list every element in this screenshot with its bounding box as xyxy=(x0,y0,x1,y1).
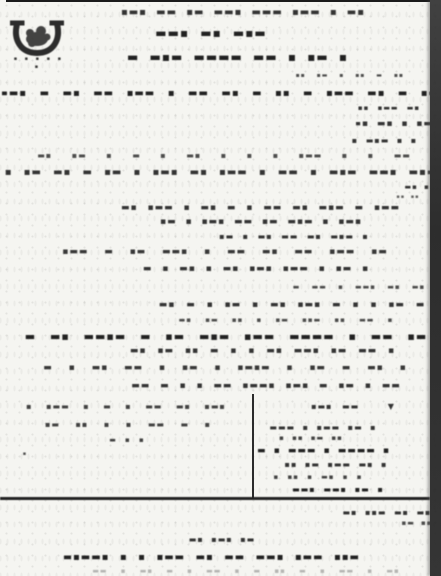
table-bottom-rule xyxy=(0,497,430,500)
body-line-3-mark: ▪▪ ▪▪ xyxy=(392,195,424,200)
footer-center-line-1: ▬▪ ▪▬▪ ▪▬ xyxy=(180,536,264,544)
table-left-row-4: ▪ xyxy=(20,452,30,457)
cropped-bottom-line: ▪▬ ▪ ▬▬ ▪ ▬ ▪▪ ▬ ▪ ▬▬ ▪ ▬ ▪▬ ▪ ▬▬ xyxy=(56,568,436,575)
header-line-1: ▪▬ ▪ ▬▬▪ ▬▬▬ ▪▬▬ ▬▪ ▬▬ ▪▬▪ xyxy=(108,8,378,18)
body-ref-line-1: ▪▬ ▬▬▪ ▪▪ xyxy=(345,105,433,112)
body-line-2: ▬▬ ▪ ▪ ▬▬▪ ▪ ▪ ▪ ▪▬ ▪ ▬ ▪ ▬▪ ▪▬ xyxy=(10,152,438,160)
quote-block-line-6: ▪▬ ▪▬ ▪▬▬ ▪ ▬▬ ▬ xyxy=(278,284,440,291)
body-line-1: ▬▪ ▬ ▪▬ ▬▬▪ ▬ ▪▪ ▬ ▪▬ ▬▬ ▪ ▬▬▪ ▬▬ ▪▬ ▬ ▪… xyxy=(2,89,439,99)
body-line-6-bold: ▬▪ ▬▬ ▪ ▬▬▬▬ ▬▬▪ ▬▪▬ ▬▪ ▬ ▬▪▬▬ ▪▬ ▬ xyxy=(12,331,440,342)
header-line-4: ▪▪ ▬ ▪▪ ▪ ▬▪ ▪▪ ▪ xyxy=(284,73,404,79)
scan-right-edge-shadow xyxy=(430,0,441,576)
scanned-document-page: ▪▬ ▪ ▬▬▪ ▬▬▬ ▪▬▬ ▬▪ ▬▬ ▪▬▪▬▪▬ ▪▬ ▪▬▬▪ ▬▪… xyxy=(0,0,441,576)
quote-block-line-5: ▪ ▬▪ ▪ ▬▬▪ ▪▬▪ ▪▬ ▪ ▪▬ ▪ ▬ xyxy=(96,265,416,274)
quote-block-line-2: ▪▬▪ ▪ ▬▪▬ ▬▪ ▬▬ ▪▬▪ ▪ ▬▪ xyxy=(125,218,397,227)
body-line-5: ▪ ▬▬ ▪▪ ▬▪▪ ▬▪ ▪ ▪▪ ▬▪ ▪▬ xyxy=(150,317,422,324)
table-right-row-5: ▪ ▪▬ ▬▬▪ ▬▪ ▪▪ xyxy=(282,461,390,469)
quote-block-line-3: ▪ ▬▪▬ ▪▬ ▬▬ ▪▬ ▪ ▬▪ xyxy=(185,233,403,241)
state-emblem-svg xyxy=(10,20,64,62)
table-column-divider xyxy=(252,394,254,498)
body-line-9: ▬▬ ▪ ▬▪ ▬ ▪▬▪ ▪▬▬▪ ▬▬ ▪ ▪ ▬ ▬▬ xyxy=(92,382,440,391)
scan-top-edge-line xyxy=(6,0,441,2)
table-right-row-3: ▪▪ ▬▪ ▪▪ ▪ xyxy=(267,435,355,442)
body-ref-line-2: ▪▬▪ ▪ ▪▬ ▪▬ xyxy=(356,120,440,129)
quote-block-line-1: ▬▬▪ ▬ ▬▪▬ ▪▬ ▬▬ ▪ ▬ ▪▬ ▪ ▬▬▪ ▪▬ xyxy=(94,204,427,213)
body-line-4: ▬ ▬▪ ▪ ▪ ▬ ▪▬▪ ▪▬ ▪ ▬▪ ▪ ▬ ▪▬ xyxy=(145,301,439,310)
table-left-row-2: ▪ ▬ ▬▬ ▪ ▪ ▪▪ ▬▪ xyxy=(18,421,238,429)
body-ref-line-3: ▪ ▪ ▬▪▬ ▪ xyxy=(347,137,422,145)
state-emblem-icon xyxy=(10,20,64,62)
body-line-8: ▪ ▪▬ ▬ ▬▪ ▪ ▬▪▬▪ ▪ ▬▪ ▪ ▬▬ ▪▬ ▪ ▬ xyxy=(10,364,440,373)
table-left-row-3: ▪ ▪ ▬ xyxy=(100,437,154,444)
table-right-row-1: ▼ ▬▬ ▪▬▪ xyxy=(286,403,420,411)
quote-block-line-4: ▬▪ ▬▬▪ ▬▬ ▪▬ ▬▬ ▪ ▪▬▬ ▬▪ ▬ ▬▬▪ xyxy=(10,248,440,257)
table-right-row-4: ▪ ▬▬▬▬ ▪ ▬▬▬ ▪ ▬▬▬▬ xyxy=(258,447,390,456)
table-left-row-1: ▪▬▪ ▪▬ ▬▬ ▪ ▬ ▪ ▬▬▪ ▪ xyxy=(10,403,242,411)
table-right-row-7: ▪ ▬▪ ▪▬▬ ▪▬▬ xyxy=(286,486,390,494)
footer-center-line-2: ▬▪▪ ▬▬▪ ▪▬▬ ▬▬ ▪▬ ▬▬▪ ▪ ▪ ▪▬▬▪▬ xyxy=(64,553,360,563)
emblem-caption-dots: ▪ ▪ ▪ ▪ ▪ ▪ xyxy=(14,57,62,62)
table-right-row-2: ▪ ▬▪ ▬▬▪ ▪ ▬▬▬ xyxy=(257,424,389,432)
table-right-row-6: ▪ ▪ ▪▬ ▪ ▪▪ ▪ xyxy=(266,474,370,481)
emblem-caption-dot: ▪ xyxy=(32,65,42,70)
body-line-3: ▬▪▬ ▪▬▬ ▬▪▬ ▪ ▬▬ ▪ ▬▬▪ ▪▬ ▪▬▪ ▪ ▬▪ ▬ ▪▬ … xyxy=(2,168,440,178)
header-line-2: ▬▪▬ ▪▬ ▪▬▬ xyxy=(150,27,272,39)
header-line-3-decree: ▪ ▬▪ ▪ ▬▬ ▬▬▬▬ ▬▪▬ ▬ ▬▪▬▪ xyxy=(120,51,348,63)
signature-line-1: ▪▬ ▪▬ ▬▪▪ ▪▬ xyxy=(336,509,438,517)
body-line-7: ▪ ▬▬ ▬▪ ▪▬▬ ▪▬ ▪ ▪ ▬ ▪▪ ▬▪ ▪▬ xyxy=(85,347,440,356)
